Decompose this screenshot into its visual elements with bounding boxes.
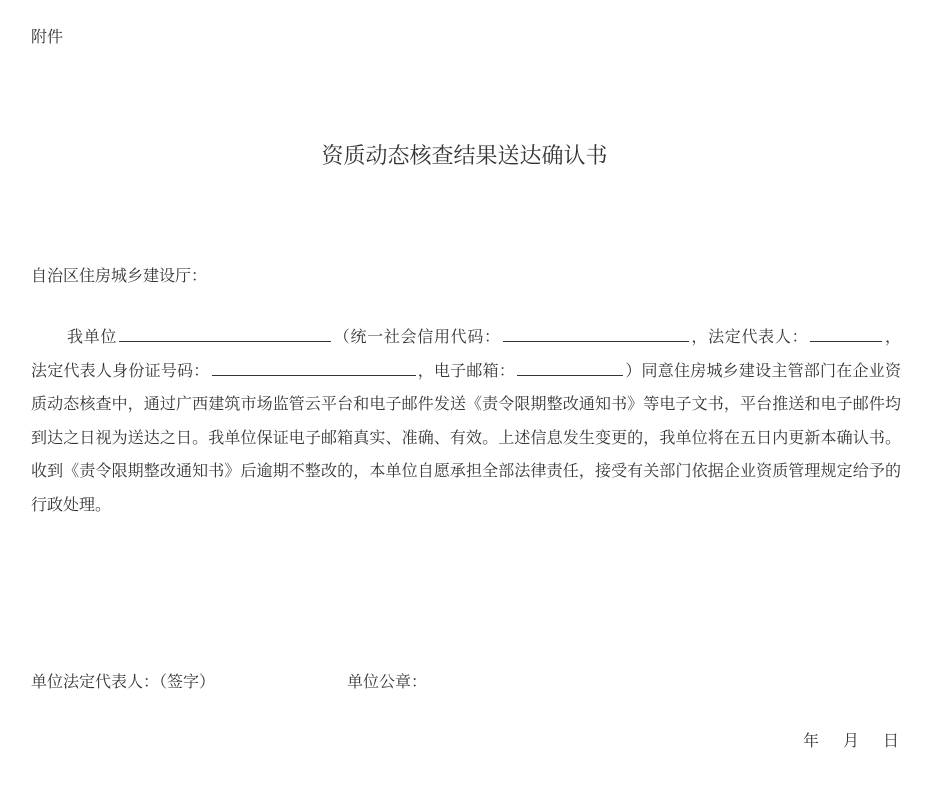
legal-rep-signature-label: 单位法定代表人：（签字） [31, 671, 215, 693]
body-text-5: ，电子邮箱： [418, 361, 516, 380]
unit-seal-label: 单位公章： [347, 671, 427, 693]
body-paragraph: 我单位（统一社会信用代码：，法定代表人：，法定代表人身份证号码：，电子邮箱：）同… [31, 320, 901, 521]
body-text-3: ，法定代表人： [691, 327, 809, 346]
addressee: 自治区住房城乡建设厅： [31, 265, 207, 287]
date-row: 年月日 [803, 730, 899, 752]
body-text-6: ）同意住房城乡建设主管部门在企业资质动态核查中，通过广西建筑市场监管云平台和电子… [31, 361, 901, 514]
date-year-label: 年 [803, 730, 819, 752]
body-text-2: （统一社会信用代码： [333, 327, 501, 346]
date-month-label: 月 [843, 730, 859, 752]
document-title: 资质动态核查结果送达确认书 [0, 142, 925, 172]
attachment-label: 附件 [31, 26, 63, 48]
body-text-1: 我单位 [67, 327, 117, 346]
credit-code-blank[interactable] [503, 325, 689, 342]
date-day-label: 日 [883, 730, 899, 752]
legal-rep-id-blank[interactable] [212, 359, 416, 376]
unit-name-blank[interactable] [119, 325, 331, 342]
email-blank[interactable] [517, 359, 623, 376]
legal-rep-blank[interactable] [810, 325, 882, 342]
